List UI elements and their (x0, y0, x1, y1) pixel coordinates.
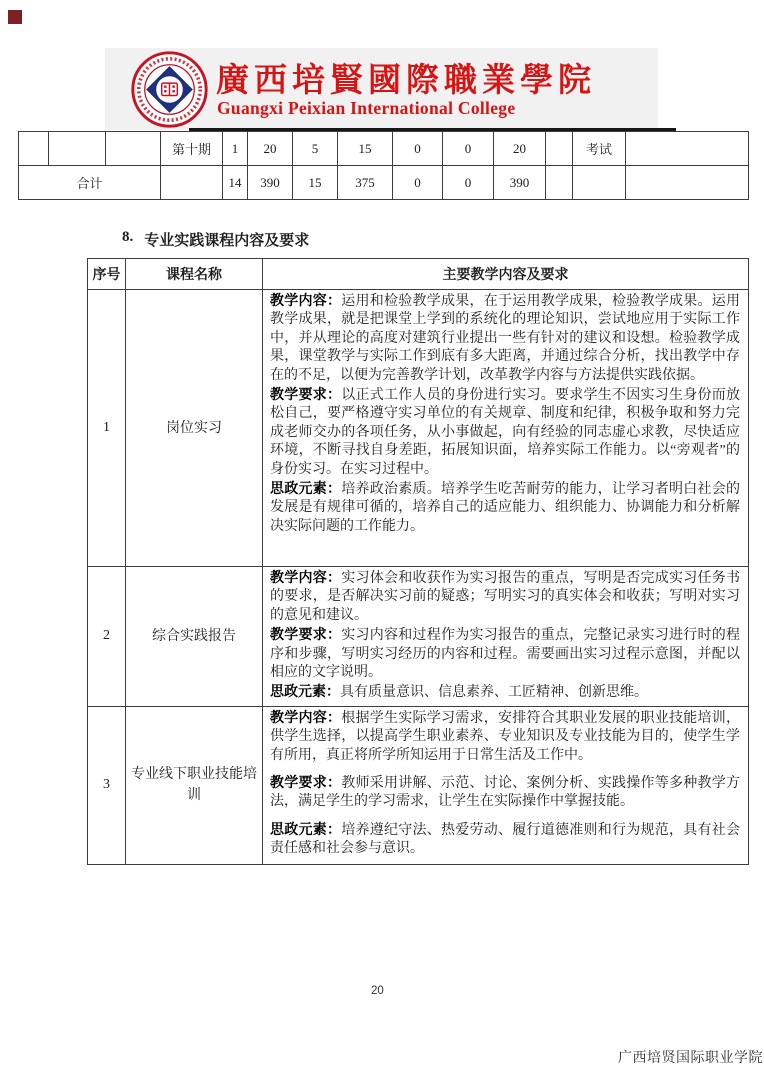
corner-marker (8, 10, 22, 24)
total-label-cell: 合计 (19, 166, 161, 200)
summary-cell (49, 132, 106, 166)
summary-cell (546, 132, 573, 166)
college-seal-logo-icon (131, 51, 208, 128)
summary-cell: 0 (443, 166, 494, 200)
footer-college-name: 广西培贤国际职业学院 (618, 1047, 763, 1067)
summary-cell (626, 132, 749, 166)
content-block: 教学要求：以正式工作人员的身份进行实习。要求学生不因实习生身份而放松自己，要严格… (270, 387, 740, 479)
summary-table: 第十期1205150020考试合计143901537500390 (18, 131, 749, 200)
summary-row-total: 合计143901537500390 (19, 166, 749, 200)
seq-cell: 3 (88, 706, 126, 864)
summary-cell: 20 (494, 132, 546, 166)
teaching-content-cell: 教学内容：根据学生实际学习需求，安排符合其职业发展的职业技能培训，供学生选择，以… (263, 706, 749, 864)
section-title: 专业实践课程内容及要求 (144, 229, 309, 250)
practice-table-body: 1岗位实习教学内容：运用和检验教学成果，在于运用教学成果，检验教学成果。运用教学… (88, 290, 749, 865)
practice-table: 序号 课程名称 主要教学内容及要求 1岗位实习教学内容：运用和检验教学成果，在于… (87, 258, 749, 865)
content-block: 教学内容：实习体会和收获作为实习报告的重点，写明是否完成实习任务书的要求，是否解… (270, 570, 740, 625)
header-course: 课程名称 (126, 259, 263, 290)
content-block: 教学内容：根据学生实际学习需求，安排符合其职业发展的职业技能培训，供学生选择，以… (270, 710, 740, 765)
practice-header-row: 序号 课程名称 主要教学内容及要求 (88, 259, 749, 290)
college-title-cn: 廣西培賢國際職業學院 (216, 54, 596, 101)
summary-cell: 0 (393, 132, 443, 166)
summary-cell: 1 (223, 132, 248, 166)
content-block: 思政元素：具有质量意识、信息素养、工匠精神、创新思维。 (270, 684, 740, 702)
summary-cell (106, 132, 161, 166)
summary-table-body: 第十期1205150020考试合计143901537500390 (19, 132, 749, 200)
summary-cell: 390 (494, 166, 546, 200)
summary-cell: 5 (293, 132, 338, 166)
summary-cell: 15 (338, 132, 393, 166)
summary-cell: 20 (248, 132, 293, 166)
content-block: 教学要求：实习内容和过程作为实习报告的重点，完整记录实习进行时的程序和步骤，写明… (270, 627, 740, 682)
header-seq: 序号 (88, 259, 126, 290)
practice-row: 1岗位实习教学内容：运用和检验教学成果，在于运用教学成果，检验教学成果。运用教学… (88, 290, 749, 567)
course-name-cell: 岗位实习 (126, 290, 263, 567)
content-block: 教学要求：教师采用讲解、示范、讨论、案例分析、实践操作等多种教学方法，满足学生的… (270, 775, 740, 812)
content-block: 思政元素：培养政治素质。培养学生吃苦耐劳的能力，让学习者明白社会的发展是有规律可… (270, 481, 740, 536)
summary-cell: 0 (443, 132, 494, 166)
summary-cell: 14 (223, 166, 248, 200)
summary-cell (546, 166, 573, 200)
summary-cell: 第十期 (161, 132, 223, 166)
summary-cell: 390 (248, 166, 293, 200)
summary-cell (573, 166, 626, 200)
section-heading: 8. 专业实践课程内容及要求 (122, 229, 309, 250)
teaching-content-cell: 教学内容：实习体会和收获作为实习报告的重点，写明是否完成实习任务书的要求，是否解… (263, 567, 749, 707)
summary-cell: 15 (293, 166, 338, 200)
summary-row-session: 第十期1205150020考试 (19, 132, 749, 166)
summary-cell (626, 166, 749, 200)
summary-cell (161, 166, 223, 200)
header-content: 主要教学内容及要求 (263, 259, 749, 290)
summary-cell: 375 (338, 166, 393, 200)
seq-cell: 2 (88, 567, 126, 707)
summary-cell (19, 132, 49, 166)
course-name-cell: 综合实践报告 (126, 567, 263, 707)
college-header-banner: 廣西培賢國際職業學院 Guangxi Peixian International… (105, 48, 658, 130)
teaching-content-cell: 教学内容：运用和检验教学成果，在于运用教学成果，检验教学成果。运用教学成果，就是… (263, 290, 749, 567)
college-title-en: Guangxi Peixian International College (217, 98, 515, 119)
summary-cell: 0 (393, 166, 443, 200)
page-number: 20 (371, 985, 384, 997)
summary-cell: 考试 (573, 132, 626, 166)
seq-cell: 1 (88, 290, 126, 567)
section-number: 8. (122, 229, 133, 250)
content-block: 教学内容：运用和检验教学成果，在于运用教学成果，检验教学成果。运用教学成果，就是… (270, 293, 740, 385)
practice-row: 2综合实践报告教学内容：实习体会和收获作为实习报告的重点，写明是否完成实习任务书… (88, 567, 749, 707)
course-name-cell: 专业线下职业技能培训 (126, 706, 263, 864)
content-block: 思政元素：培养遵纪守法、热爱劳动、履行道德准则和行为规范，具有社会责任感和社会参… (270, 822, 740, 859)
practice-row: 3专业线下职业技能培训教学内容：根据学生实际学习需求，安排符合其职业发展的职业技… (88, 706, 749, 864)
